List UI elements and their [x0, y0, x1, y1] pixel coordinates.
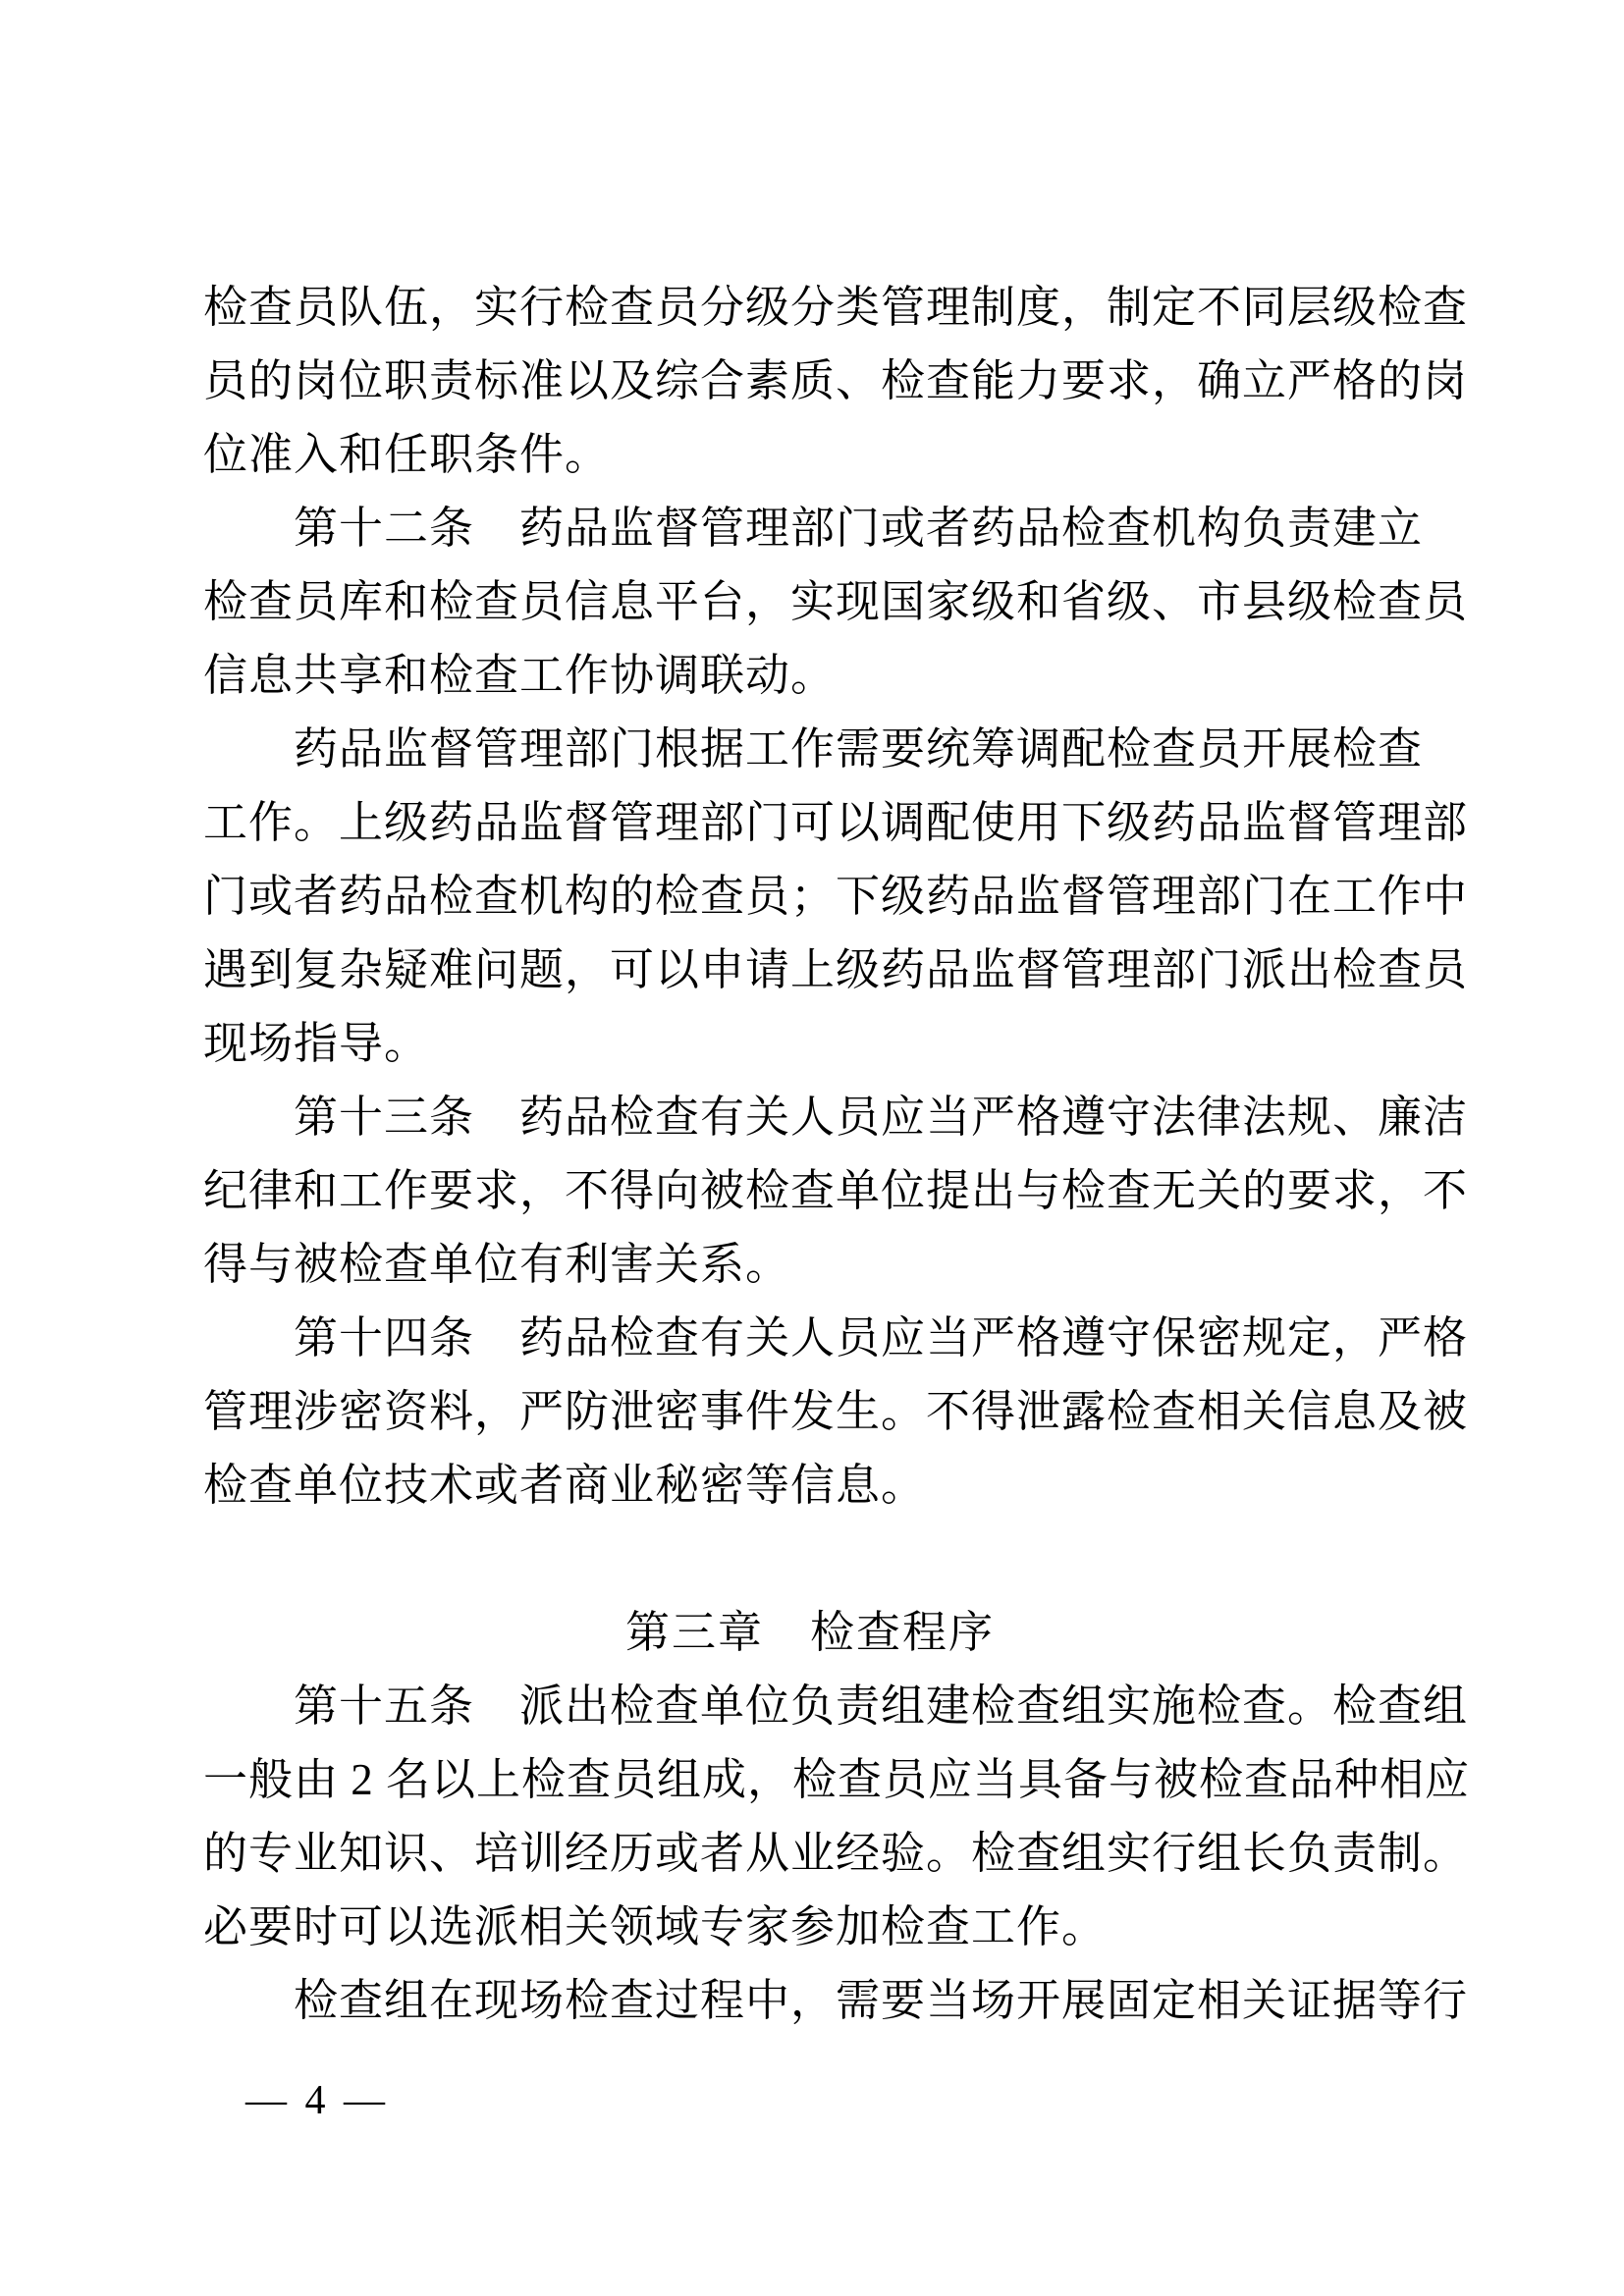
text-line: 检查员库和检查员信息平台，实现国家级和省级、市县级检查员: [203, 565, 1417, 639]
text-line: 第十四条 药品检查有关人员应当严格遵守保密规定，严格: [203, 1302, 1417, 1375]
text-line: 得与被检查单位有利害关系。: [203, 1228, 1417, 1302]
text-line: 检查组在现场检查过程中，需要当场开展固定相关证据等行: [203, 1964, 1417, 2038]
text-line: 现场指导。: [203, 1007, 1417, 1081]
chapter-heading: 第三章 检查程序: [203, 1596, 1417, 1670]
text-line: 员的岗位职责标准以及综合素质、检查能力要求，确立严格的岗: [203, 345, 1417, 418]
text-line: 一般由 2 名以上检查员组成，检查员应当具备与被检查品种相应: [203, 1743, 1417, 1817]
text-line: 遇到复杂疑难问题，可以申请上级药品监督管理部门派出检查员: [203, 934, 1417, 1007]
text-line: 位准入和任职条件。: [203, 418, 1417, 492]
text-line: 管理涉密资料，严防泄密事件发生。不得泄露检查相关信息及被: [203, 1375, 1417, 1449]
document-page: 检查员队伍，实行检查员分级分类管理制度，制定不同层级检查员的岗位职责标准以及综合…: [0, 0, 1624, 2296]
text-line: 第十三条 药品检查有关人员应当严格遵守法律法规、廉洁: [203, 1081, 1417, 1154]
document-body: 检查员队伍，实行检查员分级分类管理制度，制定不同层级检查员的岗位职责标准以及综合…: [203, 271, 1417, 2038]
text-line: 药品监督管理部门根据工作需要统筹调配检查员开展检查: [203, 713, 1417, 786]
text-line: 信息共享和检查工作协调联动。: [203, 639, 1417, 713]
text-line: 检查员队伍，实行检查员分级分类管理制度，制定不同层级检查: [203, 271, 1417, 345]
text-line: 第十二条 药品监督管理部门或者药品检查机构负责建立: [203, 492, 1417, 565]
text-line: 纪律和工作要求，不得向被检查单位提出与检查无关的要求，不: [203, 1154, 1417, 1228]
page-number-footer: — 4 —: [245, 2077, 389, 2124]
text-line: 门或者药品检查机构的检查员；下级药品监督管理部门在工作中: [203, 860, 1417, 934]
text-line: 必要时可以选派相关领域专家参加检查工作。: [203, 1891, 1417, 1964]
text-line: [203, 1522, 1417, 1596]
text-line: 第十五条 派出检查单位负责组建检查组实施检查。检查组: [203, 1670, 1417, 1743]
text-line: 的专业知识、培训经历或者从业经验。检查组实行组长负责制。: [203, 1817, 1417, 1891]
text-line: 工作。上级药品监督管理部门可以调配使用下级药品监督管理部: [203, 786, 1417, 860]
text-line: 检查单位技术或者商业秘密等信息。: [203, 1449, 1417, 1522]
